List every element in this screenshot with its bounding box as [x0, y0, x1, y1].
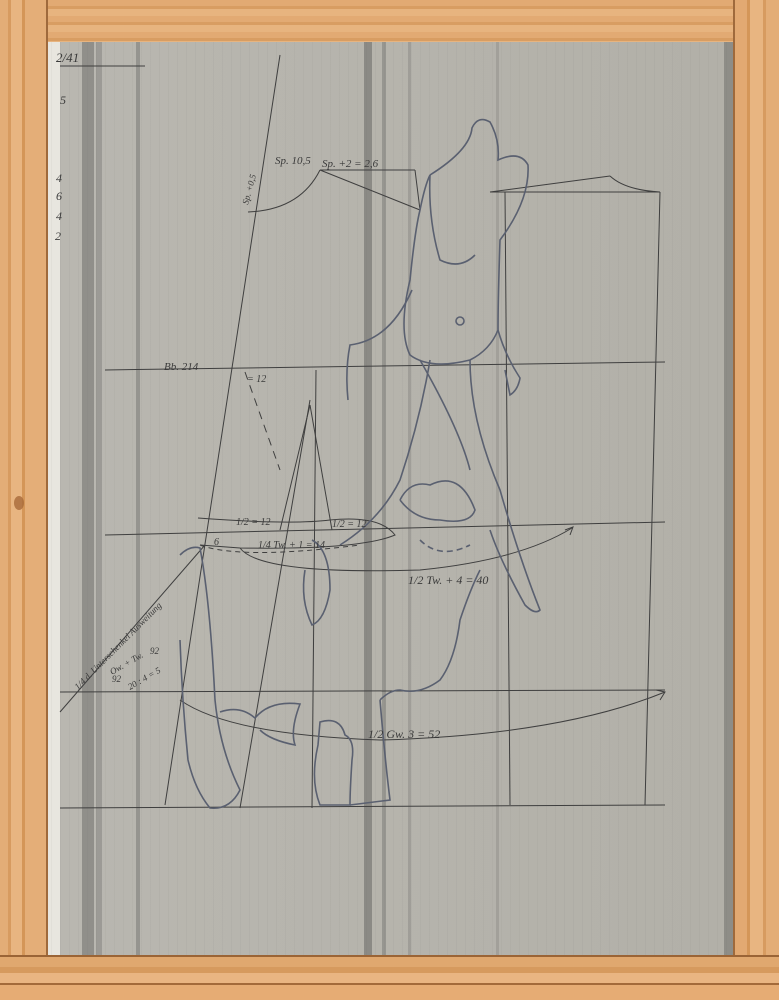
label-half-12-right: 1/2 = 12 — [332, 519, 367, 530]
margin-number: 4 — [56, 171, 62, 185]
label-six: 6 — [214, 537, 219, 548]
label-half-tw: 1/2 Tw. + 4 = 40 — [408, 573, 488, 587]
label-half-gw: 1/2 Gw. 3 = 52 — [368, 727, 440, 741]
label-sp-diag: Sp. +0,5 — [240, 173, 258, 206]
margin-number: 2 — [55, 229, 61, 243]
label-92b: 92 — [112, 674, 122, 684]
label-sp-plus-2: Sp. +2 = 2,6 — [322, 158, 379, 170]
label-92a: 92 — [150, 646, 160, 656]
wood-knot — [14, 496, 24, 510]
pattern-drawing: 2/41 5 4 6 4 2 Sp. 10,5 Sp. +2 = 2,6 Sp.… — [48, 42, 733, 955]
margin-number: 6 — [56, 189, 62, 203]
frame-left-rail — [0, 0, 48, 1000]
frame-bottom-rail — [0, 955, 779, 1000]
label-sp-10-5: Sp. 10,5 — [275, 155, 311, 167]
label-bb: Bb. 214 — [164, 361, 199, 373]
figure-drawing — [180, 120, 540, 809]
label-eq12: = 12 — [247, 374, 266, 385]
label-top-left: 2/41 — [56, 50, 79, 65]
frame-top-rail — [0, 0, 779, 44]
frame-right-rail — [733, 0, 779, 1000]
label-division: 20 : 4 = 5 — [126, 665, 163, 692]
label-half-12-left: 1/2 = 12 — [236, 517, 271, 528]
margin-number: 4 — [56, 209, 62, 223]
margin-number: 5 — [60, 93, 66, 107]
label-quarter-tw: 1/4 Tw. + 1 = 14 — [258, 540, 325, 551]
